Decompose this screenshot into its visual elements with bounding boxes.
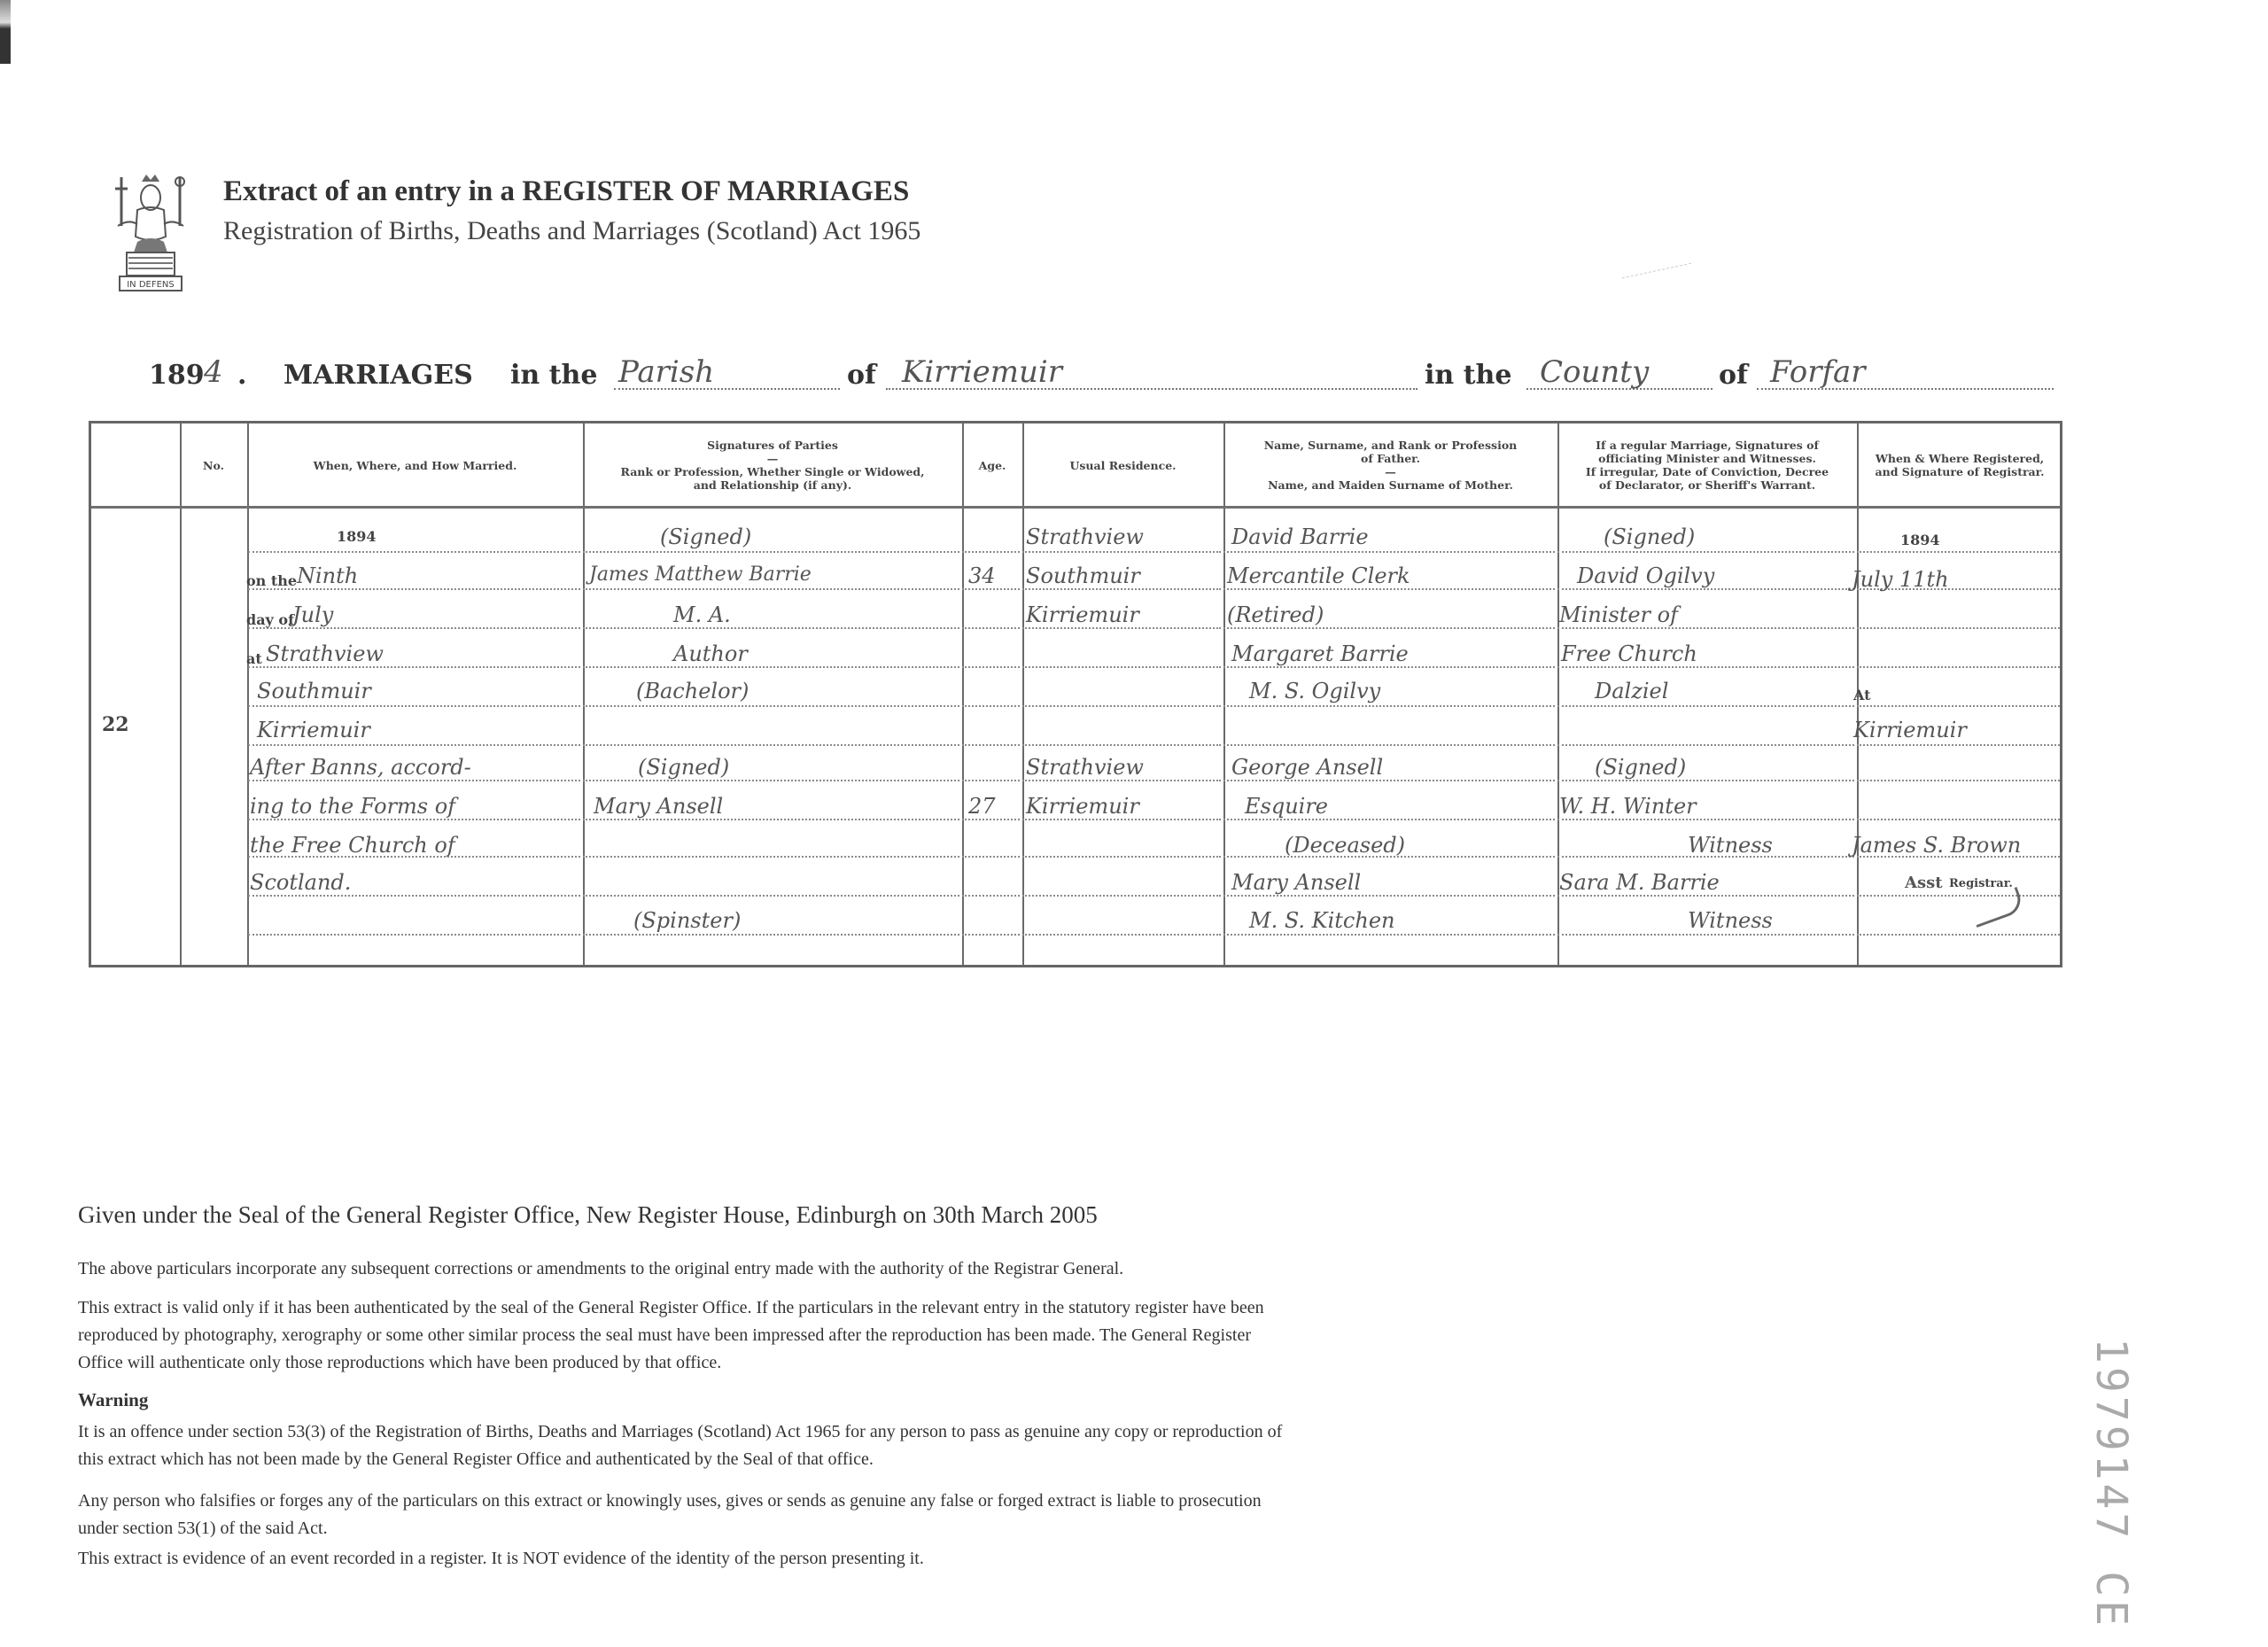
writing-rule (583, 588, 959, 590)
groom-name: James Matthew Barrie (589, 563, 812, 586)
writing-rule (1223, 666, 1555, 668)
of-label-1: of (847, 360, 876, 391)
registrar-title: Registrar. (1949, 877, 2013, 890)
groom-father-occupation: Mercantile Clerk (1227, 563, 1410, 588)
marriage-day: Ninth (297, 563, 358, 588)
validity-note-line-2: reproduced by photography, xerography or… (78, 1322, 1584, 1349)
of-label-2: of (1719, 360, 1748, 391)
writing-rule (248, 551, 580, 553)
writing-rule (1022, 705, 1221, 707)
in-the-label-1: in the (510, 360, 597, 391)
writing-rule (583, 895, 959, 897)
writing-rule (1223, 551, 1555, 553)
writing-rule (962, 744, 1020, 746)
witness-1-label: Witness (1688, 833, 1773, 858)
writing-rule (1557, 819, 1854, 820)
officiant-signed-label: (Signed) (1604, 524, 1695, 549)
entry-number: 22 (102, 713, 129, 736)
registration-at-label: At (1853, 687, 1871, 703)
writing-rule (1223, 780, 1555, 781)
bride-father-status: (Deceased) (1285, 833, 1405, 858)
writing-rule (1223, 744, 1555, 746)
bride-father-name: George Ansell (1231, 755, 1383, 780)
marriage-year: 1894 (337, 528, 377, 545)
writing-rule (962, 588, 1020, 590)
column-header-age: Age. (962, 427, 1022, 503)
writing-rule (583, 934, 959, 936)
marriage-place-1: Strathview (266, 641, 384, 666)
column-header-no: No. (180, 427, 247, 503)
bride-age: 27 (968, 794, 996, 819)
witness-2-label: Witness (1688, 908, 1773, 933)
corrections-note: The above particulars incorporate any su… (78, 1255, 1584, 1283)
writing-rule (1022, 744, 1221, 746)
bride-mother-maiden: M. S. Kitchen (1249, 908, 1394, 933)
forgery-line-1: Any person who falsifies or forges any o… (78, 1488, 1584, 1515)
registration-date: July 11th (1852, 567, 1949, 592)
writing-rule (1022, 588, 1221, 590)
bride-father-occupation: Esquire (1245, 794, 1328, 819)
column-header-residence: Usual Residence. (1022, 427, 1223, 503)
marriage-how-4: Scotland. (250, 870, 351, 895)
writing-rule (1857, 666, 2060, 668)
writing-rule (248, 744, 580, 746)
warning-heading: Warning (78, 1389, 148, 1411)
marriage-place-2: Southmuir (257, 679, 371, 703)
marriage-place-3: Kirriemuir (257, 718, 370, 742)
witness-1-name: W. H. Winter (1559, 794, 1697, 819)
writing-rule (1857, 780, 2060, 781)
register-table: No. When, Where, and How Married. Signat… (89, 421, 2062, 967)
writing-rule (1857, 551, 2060, 553)
bride-status: (Spinster) (633, 908, 741, 933)
writing-rule (248, 819, 580, 820)
bride-name: Mary Ansell (594, 794, 723, 819)
writing-rule (1857, 627, 2060, 629)
groom-age: 34 (968, 563, 996, 588)
evidence-note: This extract is evidence of an event rec… (78, 1545, 1584, 1573)
witness-signed-label: (Signed) (1595, 755, 1686, 780)
writing-rule (1022, 856, 1221, 858)
writing-rule (1557, 666, 1854, 668)
column-header-signatures: Signatures of Parties— Rank or Professio… (583, 427, 962, 503)
writing-rule (1022, 551, 1221, 553)
groom-status: (Bachelor) (636, 679, 749, 703)
column-header-parents: Name, Surname, and Rank or Professionof … (1223, 427, 1557, 503)
warning-line-1: It is an offence under section 53(3) of … (78, 1418, 1584, 1446)
validity-note-line-1: This extract is valid only if it has bee… (78, 1294, 1584, 1322)
royal-arms-crest-icon: IN DEFENS (111, 173, 190, 292)
minister-name: David Ogilvy (1577, 563, 1714, 588)
register-heading: 189 4 . MARRIAGES in the Parish of Kirri… (149, 354, 2054, 399)
minister-title: Minister of (1559, 602, 1678, 627)
writing-rule (1022, 819, 1221, 820)
in-the-label-2: in the (1425, 360, 1511, 391)
writing-rule (248, 627, 580, 629)
writing-rule (583, 780, 959, 781)
document-title: Extract of an entry in a REGISTER OF MAR… (223, 175, 909, 208)
writing-rule (1223, 627, 1555, 629)
bride-residence-2: Kirriemuir (1026, 794, 1139, 819)
column-header-when-where-how: When, Where, and How Married. (247, 427, 583, 503)
writing-rule (962, 705, 1020, 707)
stray-mark (1622, 263, 1692, 280)
writing-rule (1857, 744, 2060, 746)
writing-rule (1223, 705, 1555, 707)
validity-note-line-3: Office will authenticate only those repr… (78, 1349, 1584, 1377)
writing-rule (583, 705, 959, 707)
writing-rule (583, 551, 959, 553)
writing-rule (583, 856, 959, 858)
year-prefix: 189 (149, 360, 205, 391)
marriage-how-1: After Banns, accord- (250, 755, 471, 780)
groom-father-name: David Barrie (1231, 524, 1369, 549)
bride-signed-label: (Signed) (638, 755, 729, 780)
minister-church: Free Church (1561, 641, 1697, 666)
writing-rule (1857, 819, 2060, 820)
writing-rule (248, 705, 580, 707)
writing-rule (583, 819, 959, 820)
writing-rule (962, 819, 1020, 820)
writing-rule (1022, 895, 1221, 897)
writing-rule (962, 666, 1020, 668)
writing-rule (962, 627, 1020, 629)
marriages-label: MARRIAGES (283, 360, 473, 391)
marriage-how-2: ing to the Forms of (250, 794, 455, 819)
writing-rule (1022, 666, 1221, 668)
writing-rule (1223, 819, 1555, 820)
column-header-officiants: If a regular Marriage, Signatures ofoffi… (1557, 427, 1857, 503)
writing-rule (248, 934, 580, 936)
writing-rule (1022, 627, 1221, 629)
on-the-label: on the (246, 572, 297, 589)
marriage-month: July (292, 602, 333, 627)
serial-number: 1979147 CE (2086, 1338, 2136, 1629)
given-under-seal: Given under the Seal of the General Regi… (78, 1201, 1098, 1229)
witness-2-name: Sara M. Barrie (1559, 870, 1720, 895)
writing-rule (1557, 705, 1854, 707)
groom-profession: Author (673, 641, 748, 666)
writing-rule (1557, 895, 1854, 897)
groom-degree: M. A. (673, 602, 731, 627)
bride-mother-name: Mary Ansell (1231, 870, 1361, 895)
writing-rule (962, 551, 1020, 553)
writing-rule (248, 780, 580, 781)
groom-father-status: (Retired) (1227, 602, 1324, 627)
writing-rule (1557, 934, 1854, 936)
bride-residence-1: Strathview (1026, 755, 1144, 780)
writing-rule (1223, 588, 1555, 590)
groom-residence-1: Strathview (1026, 524, 1144, 549)
district-name: Kirriemuir (902, 354, 1062, 390)
column-header-registered: When & Where Registered,and Signature of… (1857, 427, 2062, 503)
writing-rule (1022, 780, 1221, 781)
registration-year: 1894 (1900, 532, 1940, 548)
writing-rule (583, 627, 959, 629)
registrar-name: James S. Brown (1852, 833, 2021, 858)
writing-rule (1557, 780, 1854, 781)
writing-rule (1857, 934, 2060, 936)
writing-rule (1557, 551, 1854, 553)
writing-rule (962, 934, 1020, 936)
document-subtitle: Registration of Births, Deaths and Marri… (223, 216, 920, 246)
year-suffix: 4 (204, 354, 223, 390)
writing-rule (583, 744, 959, 746)
writing-rule (1223, 895, 1555, 897)
groom-residence-2: Southmuir (1026, 563, 1140, 588)
writing-rule (248, 666, 580, 668)
marriage-how-3: the Free Church of (250, 833, 455, 858)
warning-line-2: this extract which has not been made by … (78, 1446, 1584, 1473)
writing-rule (1857, 895, 2060, 897)
writing-rule (1022, 934, 1221, 936)
registrar-title-prefix: Asst (1905, 874, 1943, 892)
writing-rule (1557, 588, 1854, 590)
writing-rule (1557, 627, 1854, 629)
writing-rule (583, 666, 959, 668)
scan-edge-mark (0, 0, 11, 64)
minister-place: Dalziel (1595, 679, 1668, 703)
writing-rule (1557, 744, 1854, 746)
writing-rule (1857, 705, 2060, 707)
at-label: at (246, 650, 262, 667)
svg-text:IN DEFENS: IN DEFENS (127, 280, 175, 290)
county-name: Forfar (1770, 354, 1866, 390)
groom-residence-3: Kirriemuir (1026, 602, 1139, 627)
writing-rule (1223, 934, 1555, 936)
writing-rule (248, 588, 580, 590)
forgery-line-2: under section 53(1) of the said Act. (78, 1515, 1584, 1542)
writing-rule (248, 895, 580, 897)
writing-rule (962, 780, 1020, 781)
registration-place: Kirriemuir (1853, 718, 1967, 742)
writing-rule (962, 856, 1020, 858)
groom-mother-name: Margaret Barrie (1231, 641, 1409, 666)
writing-rule (962, 895, 1020, 897)
groom-signed-label: (Signed) (660, 524, 751, 549)
district-type: Parish (618, 354, 714, 390)
groom-mother-maiden: M. S. Ogilvy (1249, 679, 1380, 703)
day-of-label: day of (246, 611, 294, 628)
county-type: County (1540, 354, 1649, 390)
